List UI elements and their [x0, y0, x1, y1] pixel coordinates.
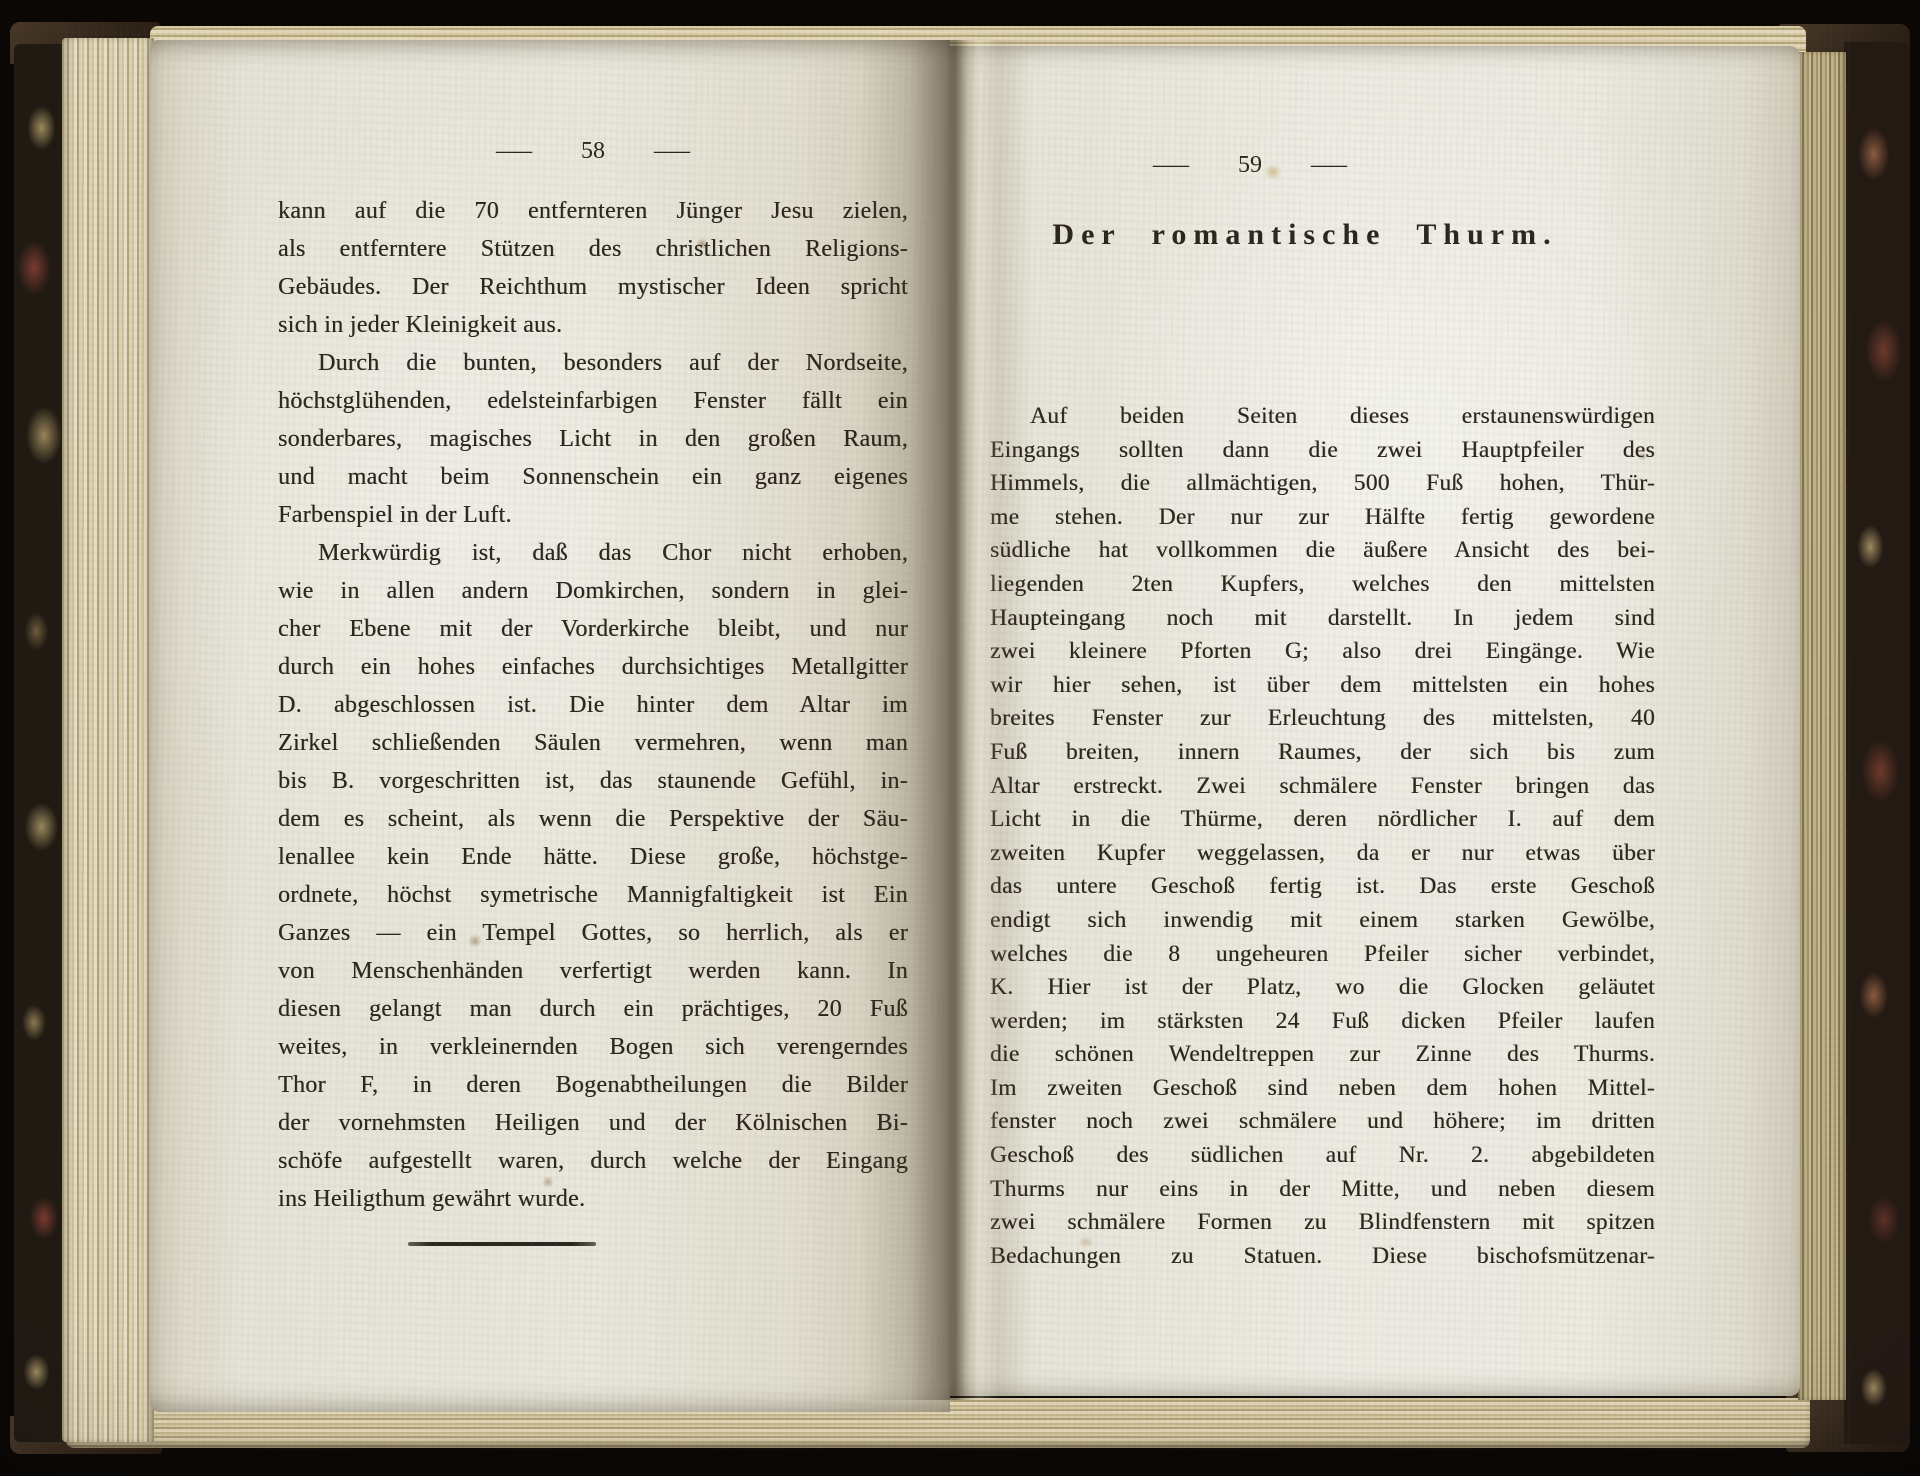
text-line: schöfe aufgestellt waren, durch welche d… [278, 1142, 908, 1180]
text-line: werden; im stärksten 24 Fuß dicken Pfeil… [990, 1005, 1655, 1039]
text-line: bis B. vorgeschritten ist, das staunende… [278, 762, 908, 800]
text-line: Auf beiden Seiten dieses erstaunenswürdi… [990, 400, 1655, 434]
text-line: welches die 8 ungeheuren Pfeiler sicher … [990, 938, 1655, 972]
text-line: fenster noch zwei schmälere und höhere; … [990, 1105, 1655, 1139]
text-line: ins Heiligthum gewährt wurde. [278, 1180, 908, 1218]
text-line: Himmels, die allmächtigen, 500 Fuß hohen… [990, 467, 1655, 501]
header-dash-right: — [1311, 152, 1347, 179]
text-line: endigt sich inwendig mit einem starken G… [990, 904, 1655, 938]
text-line: liegenden 2ten Kupfers, welches den mitt… [990, 568, 1655, 602]
page-number-59: 59 [1238, 152, 1262, 179]
text-line: Geschoß des südlichen auf Nr. 2. abgebil… [990, 1139, 1655, 1173]
text-line: Licht in die Thürme, deren nördlicher I.… [990, 803, 1655, 837]
text-line: von Menschenhänden verfertigt werden kan… [278, 952, 908, 990]
text-line: Fuß breiten, innern Raumes, der sich bis… [990, 736, 1655, 770]
text-line: Ganzes — ein Tempel Gottes, so herrlich,… [278, 914, 908, 952]
page-edges-fore-right [1798, 52, 1846, 1400]
marbled-board-right [1844, 42, 1910, 1444]
header-dash-right: — [654, 138, 690, 165]
text-line: Thurms nur eins in der Mitte, und neben … [990, 1173, 1655, 1207]
text-line: Zirkel schließenden Säulen vermehren, we… [278, 724, 908, 762]
header-dash-left: — [1153, 152, 1189, 179]
text-line: Durch die bunten, besonders auf der Nord… [278, 344, 908, 382]
text-line: Merkwürdig ist, daß das Chor nicht erhob… [278, 534, 908, 572]
page-59: — 59 — Der romantische Thurm. Auf beiden… [950, 46, 1800, 1396]
text-line: südliche hat vollkommen die äußere Ansic… [990, 534, 1655, 568]
text-line: ordnete, höchst symetrische Mannigfaltig… [278, 876, 908, 914]
text-line: Bedachungen zu Statuen. Diese bischofsmü… [990, 1240, 1655, 1274]
text-line: me stehen. Der nur zur Hälfte fertig gew… [990, 501, 1655, 535]
text-line: dem es scheint, als wenn die Perspektive… [278, 800, 908, 838]
section-divider-rule [408, 1242, 596, 1246]
text-line: Farbenspiel in der Luft. [278, 496, 908, 534]
text-line: K. Hier ist der Platz, wo die Glocken ge… [990, 971, 1655, 1005]
page-58-text: kann auf die 70 entfernteren Jünger Jesu… [278, 192, 908, 1218]
text-line: als entferntere Stützen des christlichen… [278, 230, 908, 268]
text-line: zwei kleinere Pforten G; also drei Eingä… [990, 635, 1655, 669]
text-line: und macht beim Sonnenschein ein ganz eig… [278, 458, 908, 496]
page-58-header: — 58 — [278, 138, 908, 165]
text-line: sich in jeder Kleinigkeit aus. [278, 306, 908, 344]
text-line: Altar erstreckt. Zwei schmälere Fenster … [990, 770, 1655, 804]
text-line: Thor F, in deren Bogenabtheilungen die B… [278, 1066, 908, 1104]
page-59-text: Auf beiden Seiten dieses erstaunenswürdi… [990, 400, 1655, 1273]
text-line: wir hier sehen, ist über dem mittelsten … [990, 669, 1655, 703]
text-line: das untere Geschoß fertig ist. Das erste… [990, 870, 1655, 904]
text-line: Im zweiten Geschoß sind neben dem hohen … [990, 1072, 1655, 1106]
page-58: — 58 — kann auf die 70 entfernteren Jüng… [150, 40, 950, 1412]
text-line: der vornehmsten Heiligen und der Kölnisc… [278, 1104, 908, 1142]
chapter-heading: Der romantische Thurm. [990, 218, 1620, 252]
text-line: cher Ebene mit der Vorderkirche bleibt, … [278, 610, 908, 648]
page-59-header: — 59 — [990, 152, 1510, 179]
text-line: zweiten Kupfer weggelassen, da er nur et… [990, 837, 1655, 871]
text-line: wie in allen andern Domkirchen, sondern … [278, 572, 908, 610]
text-line: zwei schmälere Formen zu Blindfenstern m… [990, 1206, 1655, 1240]
text-line: diesen gelangt man durch ein prächtiges,… [278, 990, 908, 1028]
text-line: weites, in verkleinernden Bogen sich ver… [278, 1028, 908, 1066]
text-line: höchstglühenden, edelsteinfarbigen Fenst… [278, 382, 908, 420]
text-line: die schönen Wendeltreppen zur Zinne des … [990, 1038, 1655, 1072]
text-line: Eingangs sollten dann die zwei Hauptpfei… [990, 434, 1655, 468]
text-line: sonderbares, magisches Licht in den groß… [278, 420, 908, 458]
text-line: D. abgeschlossen ist. Die hinter dem Alt… [278, 686, 908, 724]
text-line: Gebäudes. Der Reichthum mystischer Ideen… [278, 268, 908, 306]
photo-background: — 58 — kann auf die 70 entfernteren Jüng… [0, 0, 1920, 1476]
text-line: kann auf die 70 entfernteren Jünger Jesu… [278, 192, 908, 230]
header-dash-left: — [496, 138, 532, 165]
text-line: durch ein hohes einfaches durchsichtiges… [278, 648, 908, 686]
page-number-58: 58 [581, 138, 605, 165]
text-line: lenallee kein Ende hätte. Diese große, h… [278, 838, 908, 876]
text-line: breites Fenster zur Erleuchtung des mitt… [990, 702, 1655, 736]
page-edges-fore-left [62, 38, 154, 1442]
marbled-board-left [14, 44, 64, 1442]
text-line: Haupteingang noch mit darstellt. In jede… [990, 602, 1655, 636]
